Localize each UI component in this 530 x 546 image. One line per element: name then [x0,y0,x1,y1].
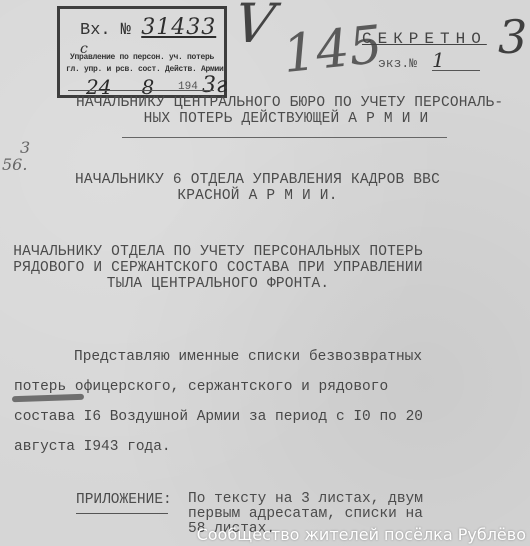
appendix-label-underline [76,513,168,514]
stamp-date-underline [68,90,214,91]
handwritten-left-margin-bottom: 56. [2,155,27,174]
addressee-line: НАЧАЛЬНИКУ ОТДЕЛА ПО УЧЕТУ ПЕРСОНАЛЬНЫХ … [8,244,428,260]
appendix-line: первым адресатам, списки на [188,507,423,522]
addressee-air-force-personnel: НАЧАЛЬНИКУ 6 ОТДЕЛА УПРАВЛЕНИЯ КАДРОВ ВВ… [70,172,445,204]
appendix-label: ПРИЛОЖЕНИЕ: [76,492,172,508]
appendix-line: По тексту на 3 листах, двум [188,492,423,507]
body-line: состава I6 Воздушной Армии за период с I… [14,403,423,432]
archival-document-page: Вх. № 31433 с Управление по персон. уч. … [0,0,530,546]
classification-label: СЕКРЕТНО [362,30,487,48]
handwritten-check-mark: V [231,0,279,55]
copy-number-label: экз.№ [378,56,417,71]
incoming-registration-stamp: Вх. № 31433 с Управление по персон. уч. … [57,6,227,98]
handwritten-sheet-number: 145 [280,15,385,85]
addressee-line: ТЫЛА ЦЕНТРАЛЬНОГО ФРОНТА. [8,276,428,292]
body-line: августа I943 года. [14,433,171,462]
addressee-line: РЯДОВОГО И СЕРЖАНТСКОГО СОСТАВА ПРИ УПРА… [8,260,428,276]
copy-number: 1 [432,48,445,72]
addressee-line: НАЧАЛЬНИКУ 6 ОТДЕЛА УПРАВЛЕНИЯ КАДРОВ ВВ… [70,172,445,188]
body-line: Представляю именные списки безвозвратных [74,343,422,372]
addressee-central-front-rear: НАЧАЛЬНИКУ ОТДЕЛА ПО УЧЕТУ ПЕРСОНАЛЬНЫХ … [8,244,428,292]
addressee-line: КРАСНОЙ А Р М И И. [70,188,445,204]
addressee-divider [122,137,447,138]
stamp-department-line-2: гл. упр. и рсв. сост. Действ. Армии [66,65,224,74]
community-watermark: Сообщество жителей посёлка Рублёво [197,525,526,544]
addressee-line: НАЧАЛЬНИКУ ЦЕНТРАЛЬНОГО БЮРО ПО УЧЕТУ ПЕ… [76,95,496,111]
copy-number-underline [432,70,480,71]
stamp-year-printed: 194 [178,81,198,93]
handwritten-right-margin-number: 3 [498,10,527,64]
stamp-number: 31433 [141,15,216,40]
addressee-central-bureau: НАЧАЛЬНИКУ ЦЕНТРАЛЬНОГО БЮРО ПО УЧЕТУ ПЕ… [76,95,496,127]
addressee-line: НЫХ ПОТЕРЬ ДЕЙСТВУЮЩЕЙ А Р М И И [76,111,496,127]
stamp-prefix: Вх. № [80,21,131,40]
stamp-department-line-1: Управление по персон. уч. потерь [70,53,214,62]
